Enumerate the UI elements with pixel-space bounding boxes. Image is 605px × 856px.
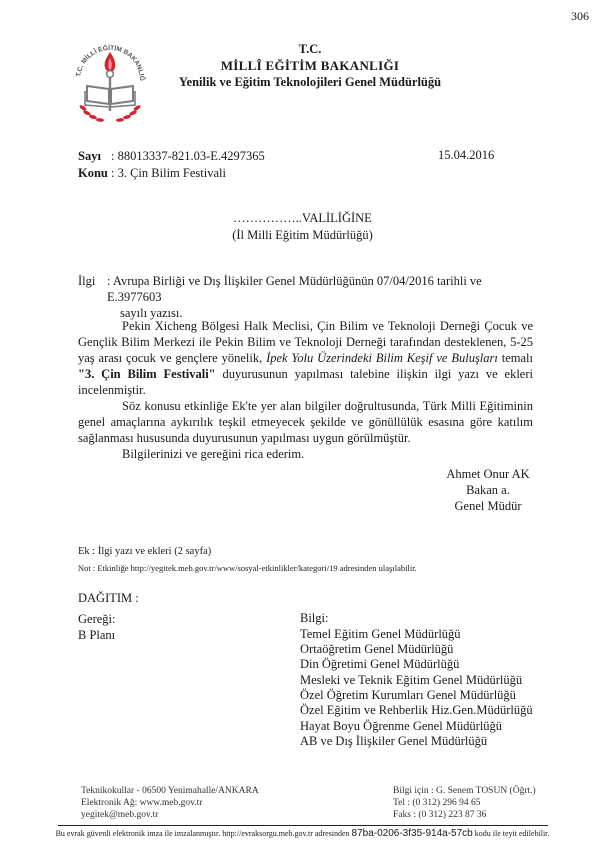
info-item: Temel Eğitim Genel Müdürlüğü <box>300 627 533 642</box>
footer-tel: Tel : (0 312) 296 94 65 <box>393 797 536 809</box>
footer-email: yegitek@meb.gov.tr <box>81 809 259 821</box>
document-date: 15.04.2016 <box>438 148 494 163</box>
info-item: Özel Öğretim Kurumları Genel Müdürlüğü <box>300 688 533 703</box>
e-signature-verification: Bu evrak güvenli elektronik imza ile imz… <box>0 828 605 840</box>
body-paragraph-1: Pekin Xicheng Bölgesi Halk Meclisi, Çin … <box>78 318 533 398</box>
info-label: Bilgi: <box>300 611 533 626</box>
url-note: Not : Etkinliğe http://yegitek.meb.gov.t… <box>78 562 417 574</box>
footer-contact: Bilgi için : G. Senem TOSUN (Öğrt.) <box>393 785 536 797</box>
festival-theme: İpek Yolu Üzerindeki Bilim Keşif ve Bulu… <box>266 351 498 365</box>
document-meta: Sayı: 88013337-821.03-E.4297365 Konu: 3.… <box>78 148 265 182</box>
action-label: Gereği: <box>78 611 115 627</box>
sayi-value: : 88013337-821.03-E.4297365 <box>111 149 265 163</box>
footer-address: Teknikokullar - 06500 Yenimahalle/ANKARA <box>81 785 259 797</box>
body-paragraph-2: Söz konusu etkinliğe Ek'te yer alan bilg… <box>78 398 533 446</box>
addressee-line1: ……………..VALİLİĞİNE <box>0 210 605 227</box>
distribution-info: Bilgi: Temel Eğitim Genel Müdürlüğü Orta… <box>300 611 533 749</box>
letterhead-ministry: MİLLÎ EĞİTİM BAKANLIĞI <box>140 57 480 74</box>
page-number: 306 <box>571 9 589 24</box>
info-item: Din Öğretimi Genel Müdürlüğü <box>300 657 533 672</box>
letter-body: Pekin Xicheng Bölgesi Halk Meclisi, Çin … <box>78 318 533 462</box>
info-item: Mesleki ve Teknik Eğitim Genel Müdürlüğü <box>300 673 533 688</box>
footer-contact-block: Bilgi için : G. Senem TOSUN (Öğrt.) Tel … <box>393 785 536 821</box>
distribution-action: Gereği: B Planı <box>78 611 115 643</box>
ilgi-label: İlgi <box>78 273 95 289</box>
footer-web: Elektronik Ağ: www.meb.gov.tr <box>81 797 259 809</box>
sayi-row: Sayı: 88013337-821.03-E.4297365 <box>78 148 265 165</box>
ilgi-line1: : Avrupa Birliği ve Dış İlişkiler Genel … <box>107 273 533 305</box>
addressee: ……………..VALİLİĞİNE (İl Milli Eğitim Müdür… <box>0 210 605 244</box>
verification-code: 87ba-0206-3f35-914a-57cb <box>352 828 473 839</box>
konu-value: : 3. Çin Bilim Festivali <box>111 166 226 180</box>
letterhead: T.C. MİLLÎ EĞİTİM BAKANLIĞI Yenilik ve E… <box>140 41 480 91</box>
footer-address-block: Teknikokullar - 06500 Yenimahalle/ANKARA… <box>81 785 259 821</box>
body-paragraph-3: Bilgilerinizi ve gereğini rica ederim. <box>78 446 533 462</box>
sayi-label: Sayı <box>78 148 111 165</box>
konu-row: Konu: 3. Çin Bilim Festivali <box>78 165 265 182</box>
signatory-title-2: Genel Müdür <box>440 498 536 514</box>
meb-emblem-icon: T.C. MİLLÎ EĞİTİM BAKANLIĞI <box>72 34 148 124</box>
info-item: Özel Eğitim ve Rehberlik Hiz.Gen.Müdürlü… <box>300 703 533 718</box>
info-item: AB ve Dış İlişkiler Genel Müdürlüğü <box>300 734 533 749</box>
distribution-title: DAĞITIM : <box>78 590 139 606</box>
konu-label: Konu <box>78 165 111 182</box>
footer-fax: Faks : (0 312) 223 87 36 <box>393 809 536 821</box>
addressee-line2: (İl Milli Eğitim Müdürlüğü) <box>0 227 605 244</box>
letterhead-country: T.C. <box>140 41 480 57</box>
info-item: Ortaöğretim Genel Müdürlüğü <box>300 642 533 657</box>
signatory-name: Ahmet Onur AK <box>440 466 536 482</box>
footer-divider <box>58 825 548 826</box>
ilgi-reference: İlgi : Avrupa Birliği ve Dış İlişkiler G… <box>78 273 533 321</box>
info-item: Hayat Boyu Öğrenme Genel Müdürlüğü <box>300 719 533 734</box>
action-item: B Planı <box>78 627 115 643</box>
signature-block: Ahmet Onur AK Bakan a. Genel Müdür <box>440 466 536 514</box>
attachment-note: Ek : İlgi yazı ve ekleri (2 sayfa) <box>78 545 211 559</box>
signatory-title-1: Bakan a. <box>440 482 536 498</box>
festival-name: "3. Çin Bilim Festivali" <box>78 367 216 381</box>
letterhead-department: Yenilik ve Eğitim Teknolojileri Genel Mü… <box>140 74 480 91</box>
